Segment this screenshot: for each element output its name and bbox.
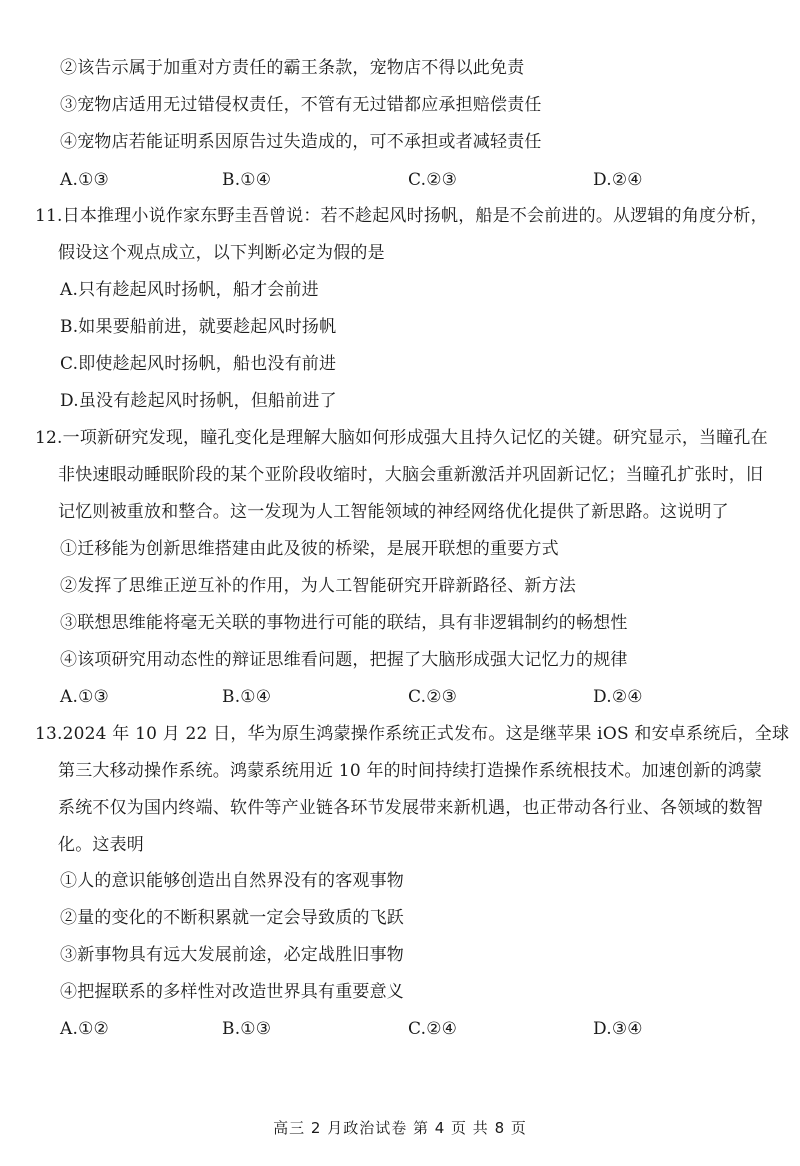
q10-option-c: C.②③ [408, 170, 457, 190]
q12-stem-line-3: 记忆则被重放和整合。这一发现为人工智能领域的神经网络优化提供了新思路。这说明了 [58, 502, 729, 522]
q13-stem-line-4: 化。这表明 [58, 835, 144, 855]
q10-options: A.①③ B.①④ C.②③ D.②④ [60, 170, 760, 190]
q12-stem-line-2: 非快速眼动睡眠阶段的某个亚阶段收缩时，大脑会重新激活并巩固新记忆；当瞳孔扩张时，… [58, 465, 763, 485]
q13-option-c: C.②④ [408, 1019, 457, 1039]
q10-statement-4: ④宠物店若能证明系因原告过失造成的，可不承担或者减轻责任 [60, 132, 542, 152]
q11-stem-line-1: 11.日本推理小说作家东野圭吾曾说：若不趁起风时扬帆，船是不会前进的。从逻辑的角… [35, 206, 768, 226]
q10-option-d: D.②④ [593, 170, 643, 190]
q12-option-c: C.②③ [408, 687, 457, 707]
q11-stem-line-2: 假设这个观点成立，以下判断必定为假的是 [58, 243, 385, 263]
q13-statement-4: ④把握联系的多样性对改造世界具有重要意义 [60, 982, 404, 1002]
q13-stem-line-1: 13.2024 年 10 月 22 日，华为原生鸿蒙操作系统正式发布。这是继苹果… [35, 724, 789, 744]
q10-statement-2: ②该告示属于加重对方责任的霸王条款，宠物店不得以此免责 [60, 58, 524, 78]
q12-option-d: D.②④ [593, 687, 643, 707]
q11-option-b: B.如果要船前进，就要趁起风时扬帆 [60, 317, 336, 337]
q12-stem-line-1: 12.一项新研究发现，瞳孔变化是理解大脑如何形成强大且持久记忆的关键。研究显示，… [35, 428, 768, 448]
q13-statement-2: ②量的变化的不断积累就一定会导致质的飞跃 [60, 908, 404, 928]
q12-statement-3: ③联想思维能将毫无关联的事物进行可能的联结，具有非逻辑制约的畅想性 [60, 613, 628, 633]
q11-option-d: D.虽没有趁起风时扬帆，但船前进了 [60, 391, 337, 411]
q10-statement-3: ③宠物店适用无过错侵权责任，不管有无过错都应承担赔偿责任 [60, 95, 542, 115]
q13-options: A.①② B.①③ C.②④ D.③④ [60, 1019, 760, 1039]
q13-statement-1: ①人的意识能够创造出自然界没有的客观事物 [60, 871, 404, 891]
q12-statement-2: ②发挥了思维正逆互补的作用，为人工智能研究开辟新路径、新方法 [60, 576, 576, 596]
q12-statement-1: ①迁移能为创新思维搭建由此及彼的桥梁，是展开联想的重要方式 [60, 539, 559, 559]
q10-option-a: A.①③ [60, 170, 109, 190]
q11-option-a: A.只有趁起风时扬帆，船才会前进 [60, 280, 319, 300]
q13-option-a: A.①② [60, 1019, 109, 1039]
page-footer: 高三 2 月政治试卷 第 4 页 共 8 页 [0, 1117, 800, 1138]
q12-option-a: A.①③ [60, 687, 109, 707]
q12-option-b: B.①④ [222, 687, 271, 707]
q12-options: A.①③ B.①④ C.②③ D.②④ [60, 687, 760, 707]
q13-option-d: D.③④ [593, 1019, 643, 1039]
q13-statement-3: ③新事物具有远大发展前途，必定战胜旧事物 [60, 945, 404, 965]
q13-option-b: B.①③ [222, 1019, 271, 1039]
q13-stem-line-3: 系统不仅为国内终端、软件等产业链各环节发展带来新机遇，也正带动各行业、各领域的数… [58, 798, 763, 818]
q12-statement-4: ④该项研究用动态性的辩证思维看问题，把握了大脑形成强大记忆力的规律 [60, 650, 628, 670]
q11-option-c: C.即使趁起风时扬帆，船也没有前进 [60, 354, 336, 374]
q13-stem-line-2: 第三大移动操作系统。鸿蒙系统用近 10 年的时间持续打造操作系统根技术。加速创新… [58, 761, 762, 781]
q10-option-b: B.①④ [222, 170, 271, 190]
